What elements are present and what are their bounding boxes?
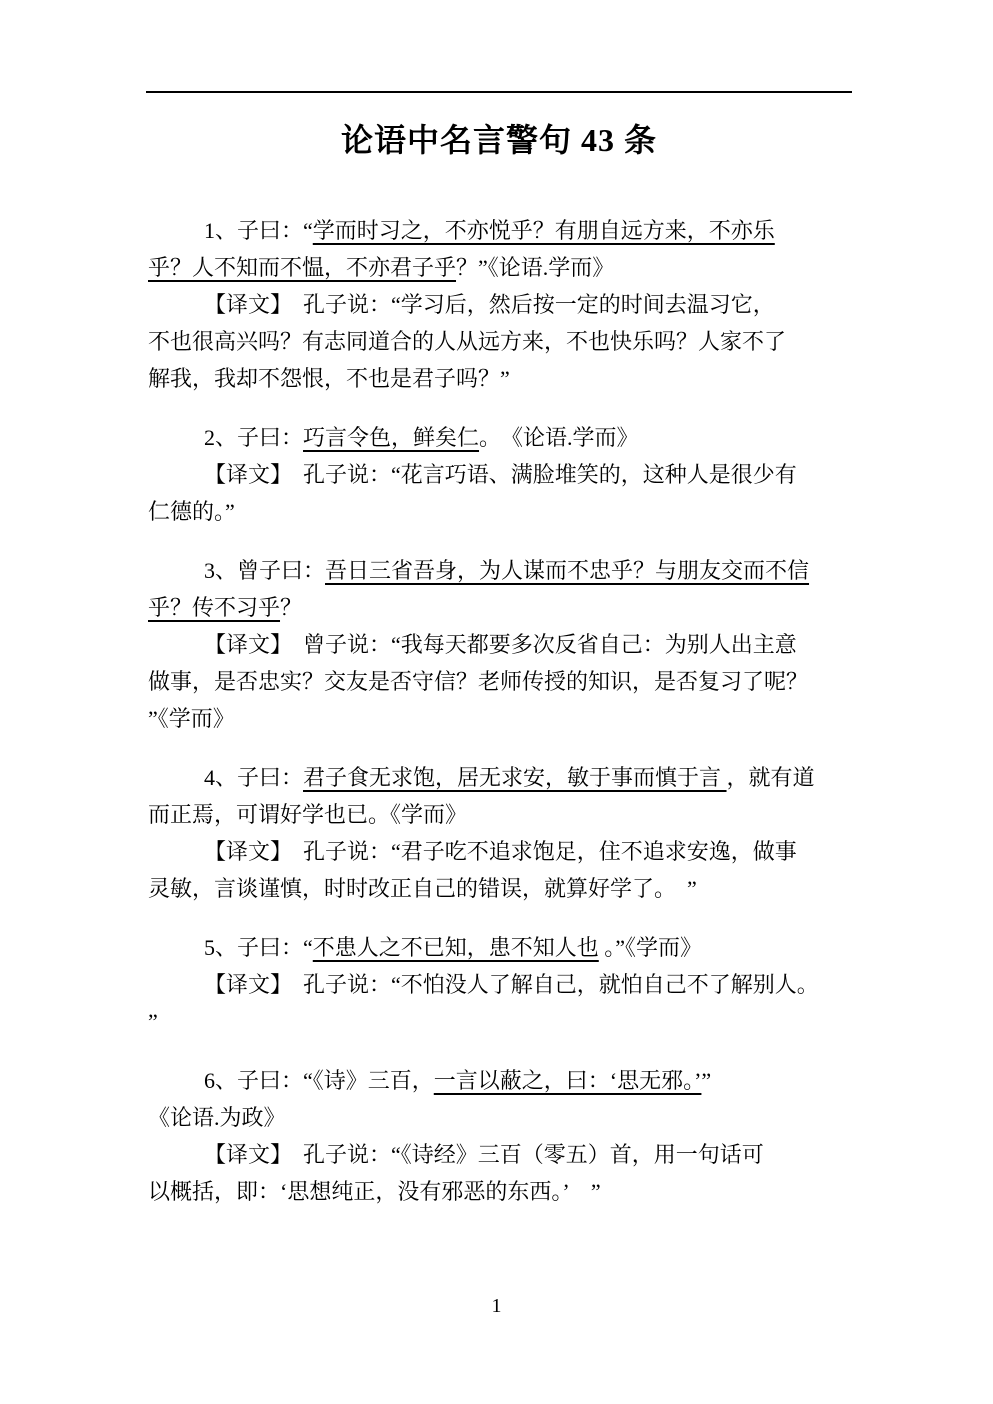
text-run: ？”《论语.学而》 [456,255,614,280]
translation-paragraph: 【译文】 孔子说：“《诗经》三百（零五）首，用一句话可 以概括，即：‘思想纯正，… [148,1136,854,1210]
text-run: ？ [280,595,302,620]
text-run: 1、子曰：“ [204,218,313,243]
document-title: 论语中名言警句 43 条 [146,118,852,162]
underlined-text-run: 一言以蔽之，曰：‘思无邪。’ [434,1068,702,1093]
quote-paragraph: 3、曾子曰：吾日三省吾身，为人谋而不忠乎？与朋友交而不信 乎？传不习乎？ [148,552,854,626]
document-page: 论语中名言警句 43 条 1、子曰：“学而时习之，不亦悦乎？有朋自远方来，不亦乐… [0,0,993,1404]
text-run: 【译文】 孔子说：“花言巧语、满脸堆笑的，这种人是很少有 仁德的。” [148,462,797,524]
section-1: 1、子曰：“学而时习之，不亦悦乎？有朋自远方来，不亦乐 乎？人不知而不愠，不亦君… [148,212,854,397]
quote-paragraph: 2、子曰：巧言令色，鲜矣仁。 《论语.学而》 [148,419,854,456]
text-run: 【译文】 曾子说：“我每天都要多次反省自己：为别人出主意 做事，是否忠实？交友是… [148,632,808,731]
text-run: 2、子曰： [204,425,303,450]
document-body: 1、子曰：“学而时习之，不亦悦乎？有朋自远方来，不亦乐 乎？人不知而不愠，不亦君… [148,212,854,1210]
section-4: 4、子曰：君子食无求饱，居无求安，敏于事而慎于言 ，就有道 而正焉，可谓好学也已… [148,759,854,907]
translation-paragraph: 【译文】 孔子说：“学习后，然后按一定的时间去温习它， 不也很高兴吗？有志同道合… [148,286,854,397]
translation-paragraph: 【译文】 曾子说：“我每天都要多次反省自己：为别人出主意 做事，是否忠实？交友是… [148,626,854,737]
text-run: 。”《学而》 [599,935,702,960]
quote-paragraph: 4、子曰：君子食无求饱，居无求安，敏于事而慎于言 ，就有道 而正焉，可谓好学也已… [148,759,854,833]
underlined-text-run: 君子食无求饱，居无求安，敏于事而慎于言 [303,765,727,790]
underlined-text-run: 巧言令色，鲜矣仁 [303,425,479,450]
text-run: 。 《论语.学而》 [479,425,639,450]
text-run: 【译文】 孔子说：“学习后，然后按一定的时间去温习它， 不也很高兴吗？有志同道合… [148,292,786,391]
translation-paragraph: 【译文】 孔子说：“不怕没人了解自己，就怕自己不了解别人。 ” [148,966,854,1040]
header-divider-line [146,91,852,93]
section-5: 5、子曰：“不患人之不已知，患不知人也 。”《学而》【译文】 孔子说：“不怕没人… [148,929,854,1040]
section-3: 3、曾子曰：吾日三省吾身，为人谋而不忠乎？与朋友交而不信 乎？传不习乎？【译文】… [148,552,854,737]
translation-paragraph: 【译文】 孔子说：“花言巧语、满脸堆笑的，这种人是很少有 仁德的。” [148,456,854,530]
translation-paragraph: 【译文】 孔子说：“君子吃不追求饱足，住不追求安逸，做事 灵敏，言谈谨慎，时时改… [148,833,854,907]
underlined-text-run: 不患人之不已知，患不知人也 [313,935,599,960]
text-run: 【译文】 孔子说：“不怕没人了解自己，就怕自己不了解别人。 ” [148,972,819,1034]
text-run: 4、子曰： [204,765,303,790]
text-run: 3、曾子曰： [204,558,325,583]
text-run: 6、子曰：“《诗》三百， [204,1068,434,1093]
quote-paragraph: 1、子曰：“学而时习之，不亦悦乎？有朋自远方来，不亦乐 乎？人不知而不愠，不亦君… [148,212,854,286]
text-run: 【译文】 孔子说：“君子吃不追求饱足，住不追求安逸，做事 灵敏，言谈谨慎，时时改… [148,839,797,901]
section-6: 6、子曰：“《诗》三百，一言以蔽之，曰：‘思无邪。’” 《论语.为政》【译文】 … [148,1062,854,1210]
page-number: 1 [492,1295,502,1317]
text-run: 【译文】 孔子说：“《诗经》三百（零五）首，用一句话可 以概括，即：‘思想纯正，… [148,1142,764,1204]
page-footer: 1 [0,1292,993,1320]
quote-paragraph: 6、子曰：“《诗》三百，一言以蔽之，曰：‘思无邪。’” 《论语.为政》 [148,1062,854,1136]
quote-paragraph: 5、子曰：“不患人之不已知，患不知人也 。”《学而》 [148,929,854,966]
section-2: 2、子曰：巧言令色，鲜矣仁。 《论语.学而》【译文】 孔子说：“花言巧语、满脸堆… [148,419,854,530]
text-run: 5、子曰：“ [204,935,313,960]
